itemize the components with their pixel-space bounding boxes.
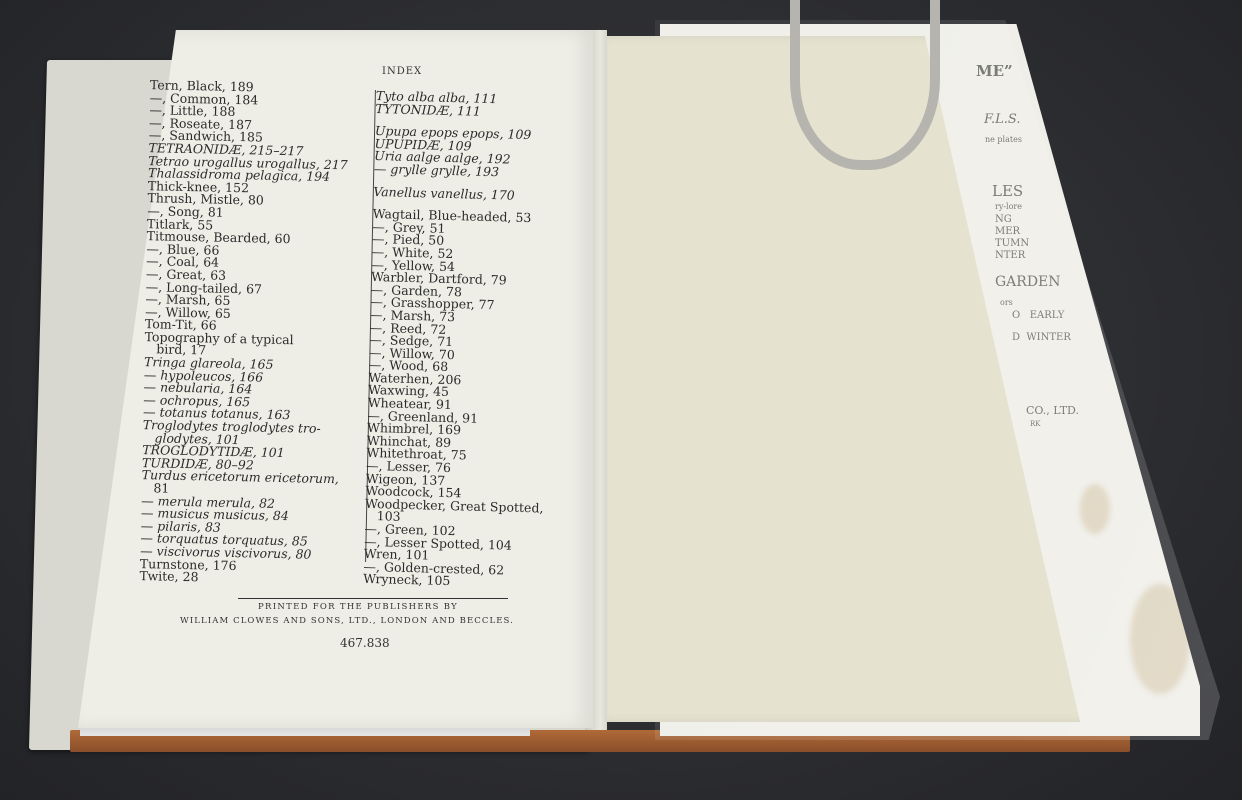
- water-stain: [1130, 584, 1190, 694]
- jacket-section1-sub: ry-lore: [995, 202, 1022, 211]
- jacket-section1-item: TUMN: [995, 238, 1029, 249]
- bookmark-ribbon-loop: [790, 0, 940, 170]
- page-header: INDEX: [382, 66, 422, 77]
- jacket-section1-item: MER: [995, 226, 1020, 237]
- imprint-line-1: PRINTED FOR THE PUBLISHERS BY: [258, 602, 458, 612]
- jacket-section2-sub: ors: [1000, 298, 1013, 307]
- index-column-left: Tern, Black, 189—, Common, 184—, Little,…: [140, 79, 380, 587]
- imprint-line-2: WILLIAM CLOWES AND SONS, LTD., LONDON AN…: [180, 616, 514, 626]
- jacket-section2-line: O EARLY: [1012, 310, 1064, 321]
- jacket-section1-item: NTER: [995, 250, 1025, 261]
- jacket-author-suffix: F.L.S.: [984, 112, 1020, 127]
- index-column-right: Tyto alba alba, 111TYTONIDÆ, 111Upupa ep…: [363, 90, 576, 591]
- imprint-number: 467.838: [340, 636, 390, 650]
- jacket-section1-heading: LES: [992, 182, 1023, 200]
- imprint-rule: [238, 598, 508, 599]
- jacket-plates-text: ne plates: [985, 135, 1022, 144]
- water-stain: [1080, 484, 1110, 534]
- jacket-section1-item: NG: [995, 214, 1012, 225]
- jacket-publisher: CO., LTD.: [1026, 404, 1079, 417]
- jacket-section2-heading: GARDEN: [995, 274, 1061, 290]
- jacket-section2-line: D WINTER: [1012, 332, 1071, 343]
- jacket-title-fragment: ME”: [976, 62, 1013, 80]
- jacket-publisher-city: RK: [1030, 420, 1041, 428]
